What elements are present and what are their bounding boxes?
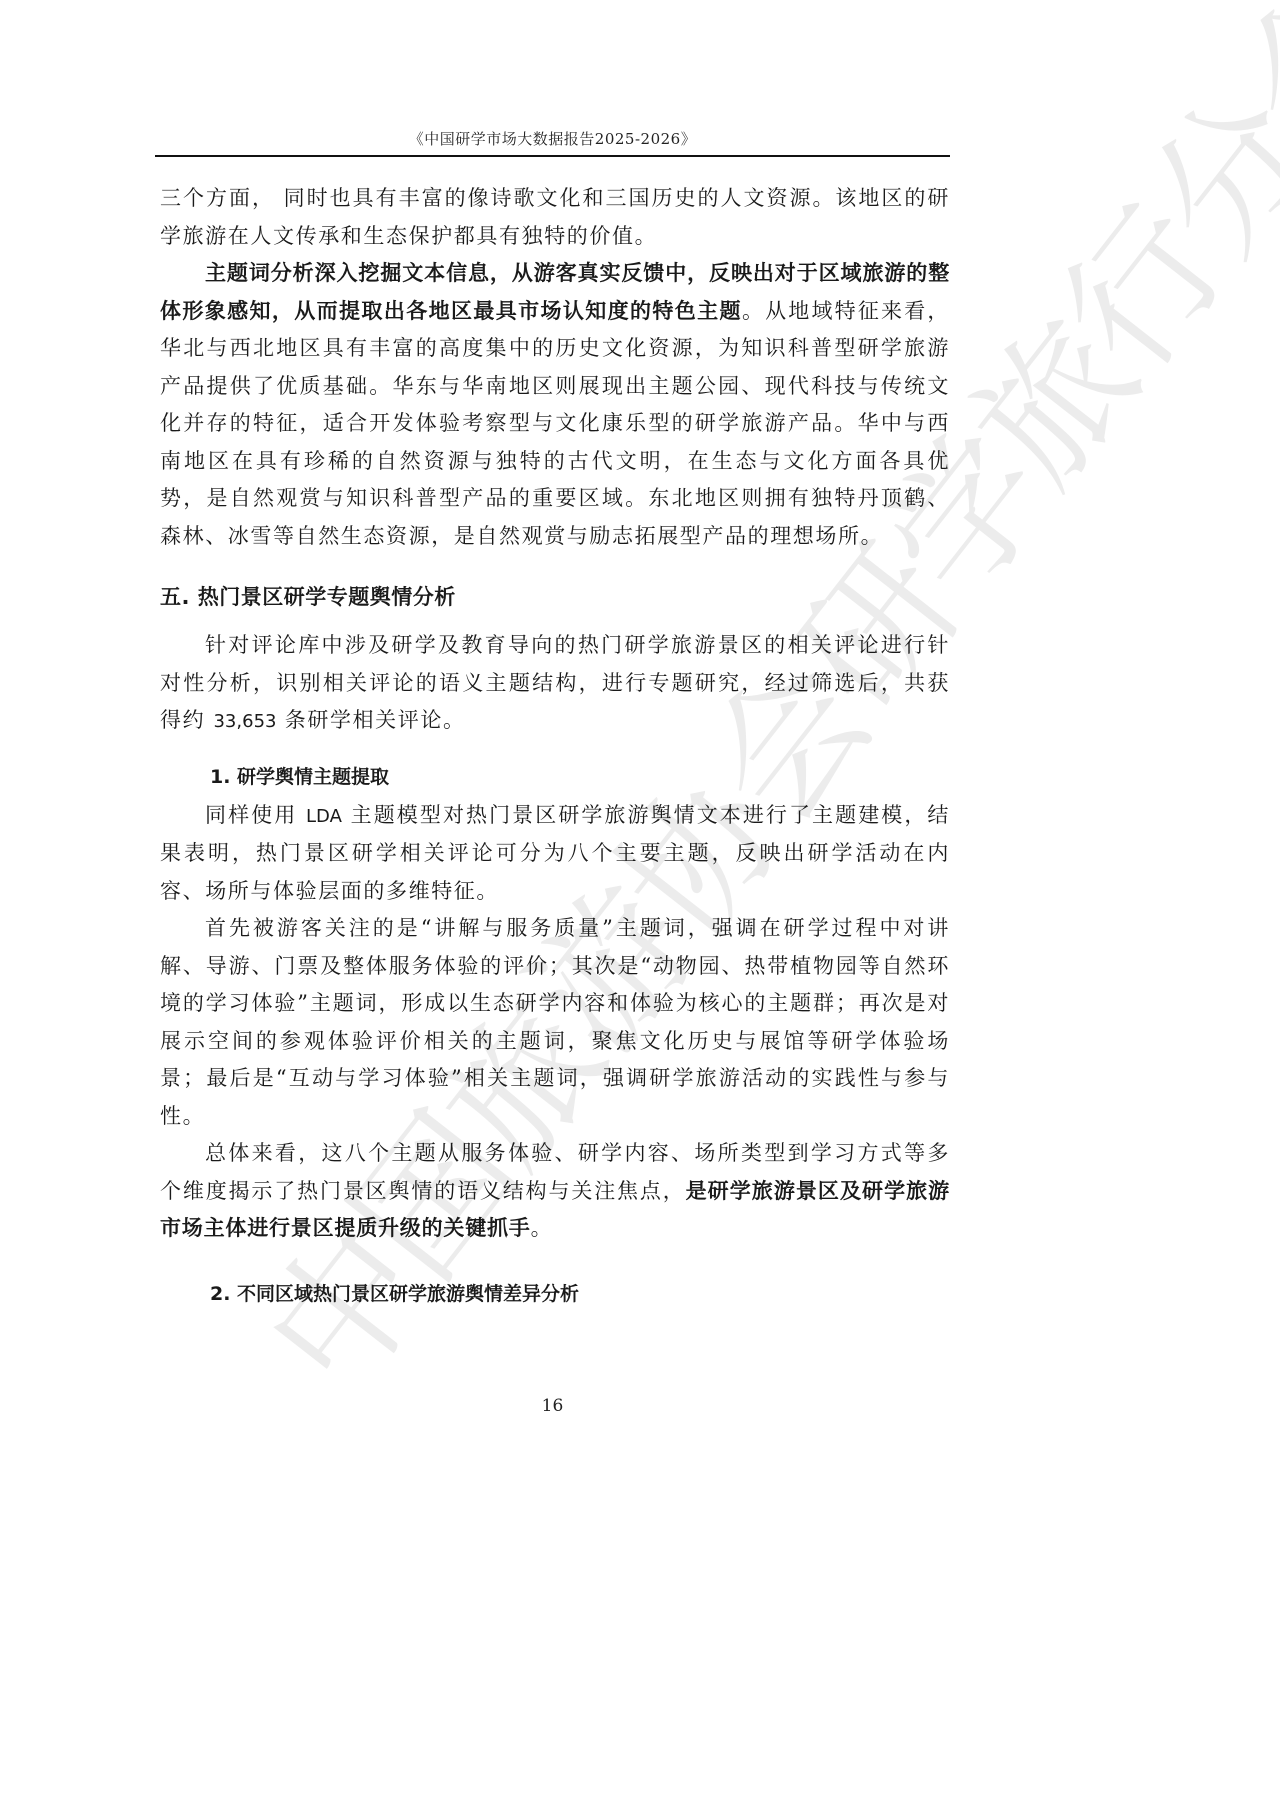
subsection-heading-2: 2. 不同区域热门景区研学旅游舆情差异分析 [160,1278,950,1310]
page-number: 16 [155,1396,950,1416]
subsection-heading-1: 1. 研学舆情主题提取 [160,761,950,793]
paragraph-theme-analysis: 主题词分析深入挖掘文本信息，从游客真实反馈中，反映出对于区域旅游的整体形象感知，… [160,255,950,555]
paragraph-topics: 首先被游客关注的是“讲解与服务质量”主题词，强调在研学过程中对讲解、导游、门票及… [160,910,950,1135]
model-name: LDA [306,806,342,827]
page-body: 三个方面， 同时也具有丰富的像诗歌文化和三国历史的人文资源。该地区的研学旅游在人… [160,180,950,1310]
paragraph-text: 同样使用 [205,803,306,827]
section-heading: 五. 热门景区研学专题舆情分析 [160,581,950,613]
paragraph-continuation: 三个方面， 同时也具有丰富的像诗歌文化和三国历史的人文资源。该地区的研学旅游在人… [160,180,950,255]
paragraph-section-intro: 针对评论库中涉及研学及教育导向的热门研学旅游景区的相关评论进行针对性分析，识别相… [160,627,950,741]
paragraph-text: 。 [531,1216,554,1240]
running-header: 《中国研学市场大数据报告2025-2026》 [155,128,950,149]
document-page: 中国旅游协会研学旅行分会 《中国研学市场大数据报告2025-2026》 三个方面… [0,0,1100,1809]
header-divider [155,155,950,157]
paragraph-lda-model: 同样使用 LDA 主题模型对热门景区研学旅游舆情文本进行了主题建模，结果表明，热… [160,797,950,911]
paragraph-text: 。从地域特征来看， 华北与西北地区具有丰富的高度集中的历史文化资源，为知识科普型… [160,299,950,548]
paragraph-text: 条研学相关评论。 [276,708,465,732]
comment-count: 33,653 [213,711,276,732]
paragraph-summary: 总体来看，这八个主题从服务体验、研学内容、场所类型到学习方式等多个维度揭示了热门… [160,1135,950,1248]
